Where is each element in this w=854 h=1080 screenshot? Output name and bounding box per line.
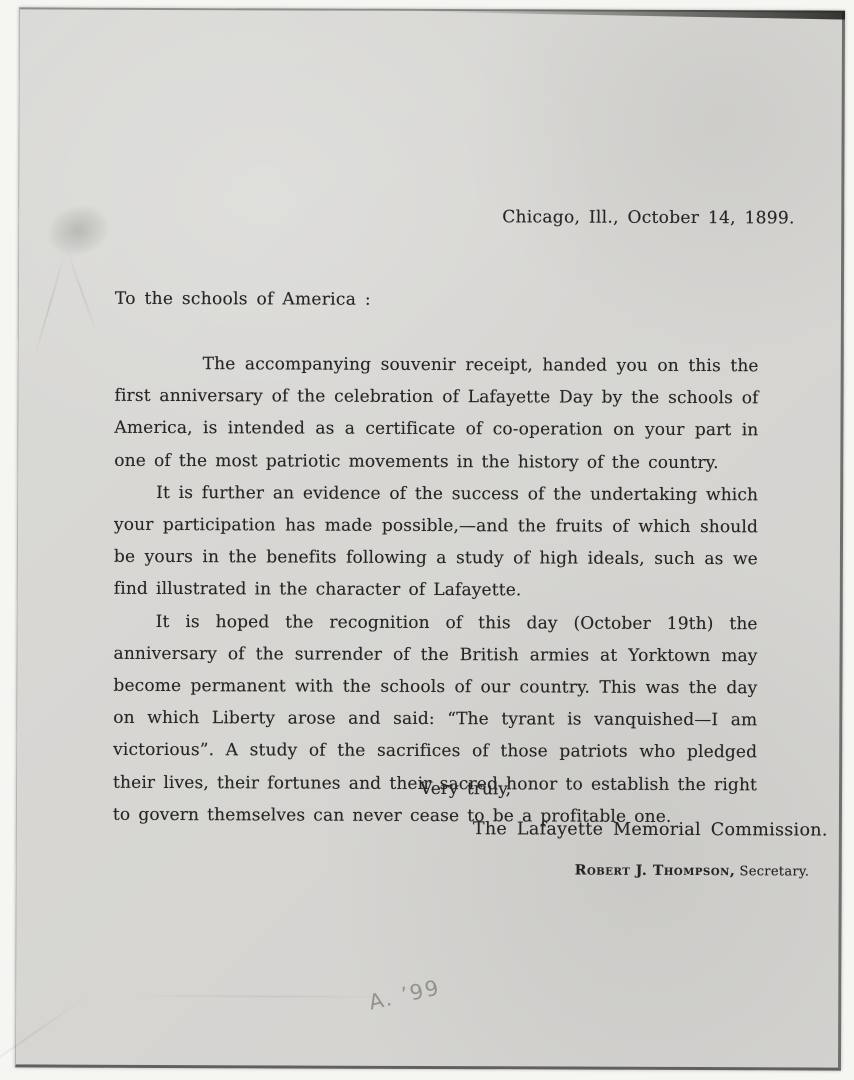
crease-mark <box>136 995 396 998</box>
closing-valediction: Very truly, <box>420 779 511 799</box>
paragraph-3: It is hoped the recognition of this day … <box>113 605 758 833</box>
letter-paper: Chicago, Ill., October 14, 1899. To the … <box>15 7 845 1070</box>
crease-mark <box>0 996 87 1080</box>
salutation: To the schools of America : <box>115 289 371 310</box>
dateline: Chicago, Ill., October 14, 1899. <box>502 207 795 228</box>
scan-edge-shadow <box>415 9 845 20</box>
secretary-name: Robert J. Thompson, <box>575 863 736 880</box>
secretary-title: Secretary. <box>740 864 810 879</box>
signature-line: The Lafayette Memorial Commission. <box>473 819 828 840</box>
pencil-annotation: A. ’99 <box>366 975 442 1014</box>
paragraph-1: The accompanying souvenir receipt, hande… <box>114 348 758 479</box>
secretary-line: Robert J. Thompson, Secretary. <box>575 863 810 880</box>
paragraph-2: It is further an evidence of the success… <box>114 477 758 608</box>
letter-body: The accompanying souvenir receipt, hande… <box>113 348 759 834</box>
paper-smudge <box>21 188 131 292</box>
